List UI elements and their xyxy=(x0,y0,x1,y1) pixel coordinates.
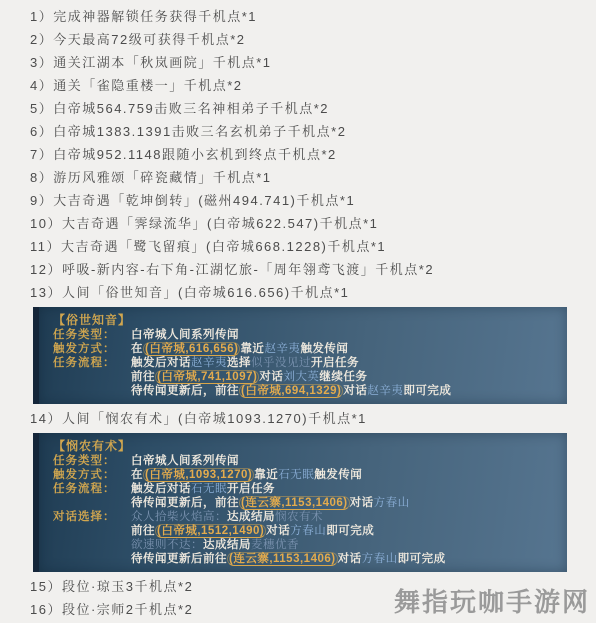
field-label-dialog: 对话选择： xyxy=(53,510,129,524)
quest-box-title: 【悯农有术】 xyxy=(53,439,557,454)
text-segment: 触发传闻 xyxy=(314,469,362,481)
coordinate-link: (连云寨,1153,1406) xyxy=(227,552,338,566)
npc-name: 石无眠 xyxy=(191,483,227,495)
list-item: 7）白帝城952.1148跟随小玄机到终点千机点*2 xyxy=(0,143,596,166)
field-label-trigger: 触发方式： xyxy=(53,468,129,482)
npc-name: 方春山 xyxy=(362,553,398,565)
npc-name: 方春山 xyxy=(290,525,326,537)
outcome-name: 悯农有术 xyxy=(275,511,323,523)
text-segment: 触发后对话 xyxy=(131,357,191,369)
list-item: 2）今天最高72级可获得千机点*2 xyxy=(0,28,596,51)
list-item: 3）通关江湖本「秋岚画院」千机点*1 xyxy=(0,51,596,74)
dialog-option-line: 欲速则不达：达成结局麦穗优香 xyxy=(131,538,557,552)
quest-box-sushi-zhiyin: 【俗世知音】 任务类型： 白帝城人间系列传闻 触发方式： 在(白帝城,616,6… xyxy=(33,307,567,404)
npc-name: 赵辛夷 xyxy=(367,385,403,397)
trigger-line: 在(白帝城,616,656)靠近赵辛夷触发传闻 xyxy=(131,342,557,356)
npc-name: 赵辛夷 xyxy=(264,343,300,355)
coordinate-link: (白帝城,1093,1270) xyxy=(143,468,254,482)
text-segment: 对话 xyxy=(350,497,374,509)
quest-box-minnong-youshu: 【悯农有术】 任务类型： 白帝城人间系列传闻 触发方式： 在(白帝城,1093,… xyxy=(33,433,567,572)
text-segment: 触发后对话 xyxy=(131,483,191,495)
text-segment: 即可完成 xyxy=(326,525,374,537)
text-segment: 开启任务 xyxy=(227,483,275,495)
list-item: 14）人间「悯农有术」(白帝城1093.1270)千机点*1 xyxy=(0,407,596,430)
list-item: 5）白帝城564.759击败三名神相弟子千机点*2 xyxy=(0,97,596,120)
coordinate-link: (白帝城,616,656) xyxy=(143,342,240,356)
text-segment: 在 xyxy=(131,469,143,481)
dialog-choice-text: 似乎没见过 xyxy=(251,357,311,369)
npc-name: 赵辛夷 xyxy=(191,357,227,369)
coordinate-link: (白帝城,694,1329) xyxy=(239,384,343,398)
dialog-option-line: 待传闻更新后前往(连云寨,1153,1406)对话方春山即可完成 xyxy=(131,552,557,566)
text-segment: 靠近 xyxy=(240,343,264,355)
flow-line: 触发后对话石无眠开启任务 xyxy=(131,482,557,496)
list-item: 8）游历风雅颂「碎瓷藏情」千机点*1 xyxy=(0,166,596,189)
list-item: 12）呼吸-新内容-右下角-江湖忆旅-「周年翎鸢飞渡」千机点*2 xyxy=(0,258,596,281)
text-segment: 对话 xyxy=(343,385,367,397)
guide-page: 1）完成神器解锁任务获得千机点*1 2）今天最高72级可获得千机点*2 3）通关… xyxy=(0,0,596,623)
text-segment: 达成结局 xyxy=(227,511,275,523)
outcome-name: 麦穗优香 xyxy=(251,539,299,551)
text-segment: 即可完成 xyxy=(398,553,446,565)
field-value-type: 白帝城人间系列传闻 xyxy=(131,329,239,341)
coordinate-link: (白帝城,741,1097) xyxy=(155,370,259,384)
flow-line: 待传闻更新后，前往(连云寨,1153,1406)对话方春山 xyxy=(131,496,557,510)
dialog-option-line: 众人拾柴火焰高：达成结局悯农有术 xyxy=(131,510,557,524)
npc-name: 方春山 xyxy=(374,497,410,509)
field-label-type: 任务类型： xyxy=(53,328,129,342)
dialog-choice-text: 众人拾柴火焰高： xyxy=(131,511,227,523)
field-label-trigger: 触发方式： xyxy=(53,342,129,356)
text-segment: 对话 xyxy=(338,553,362,565)
field-label-type: 任务类型： xyxy=(53,454,129,468)
text-segment: 待传闻更新后前往 xyxy=(131,553,227,565)
text-segment: 前往 xyxy=(131,371,155,383)
field-value-type: 白帝城人间系列传闻 xyxy=(131,455,239,467)
flow-line: 待传闻更新后，前往(白帝城,694,1329)对话赵辛夷即可完成 xyxy=(131,384,557,398)
coordinate-link: (连云寨,1153,1406) xyxy=(239,496,350,510)
text-segment: 即可完成 xyxy=(403,385,451,397)
trigger-line: 在(白帝城,1093,1270)靠近石无眠触发传闻 xyxy=(131,468,557,482)
flow-line: 前往(白帝城,741,1097)对话刘大英继续任务 xyxy=(131,370,557,384)
npc-name: 刘大英 xyxy=(283,371,319,383)
dialog-choice-text: 欲速则不达： xyxy=(131,539,203,551)
site-watermark: 舞指玩咖手游网 xyxy=(394,582,590,619)
text-segment: 选择 xyxy=(227,357,251,369)
list-item: 13）人间「俗世知音」(白帝城616.656)千机点*1 xyxy=(0,281,596,304)
list-item: 6）白帝城1383.1391击败三名玄机弟子千机点*2 xyxy=(0,120,596,143)
text-segment: 对话 xyxy=(259,371,283,383)
quest-box-title: 【俗世知音】 xyxy=(53,313,557,328)
flow-line: 触发后对话赵辛夷选择似乎没见过开启任务 xyxy=(131,356,557,370)
list-item: 11）大吉奇遇「鹭飞留痕」(白帝城668.1228)千机点*1 xyxy=(0,235,596,258)
text-segment: 开启任务 xyxy=(311,357,359,369)
text-segment: 对话 xyxy=(266,525,290,537)
text-segment: 靠近 xyxy=(254,469,278,481)
text-segment: 待传闻更新后，前往 xyxy=(131,497,239,509)
coordinate-link: (白帝城,1512,1490) xyxy=(155,524,266,538)
field-label-flow: 任务流程： xyxy=(53,356,129,370)
text-segment: 继续任务 xyxy=(319,371,367,383)
text-segment: 达成结局 xyxy=(203,539,251,551)
npc-name: 石无眠 xyxy=(278,469,314,481)
dialog-option-line: 前往(白帝城,1512,1490)对话方春山即可完成 xyxy=(131,524,557,538)
text-segment: 待传闻更新后，前往 xyxy=(131,385,239,397)
list-item: 9）大吉奇遇「乾坤倒转」(磁州494.741)千机点*1 xyxy=(0,189,596,212)
text-segment: 前往 xyxy=(131,525,155,537)
list-item: 1）完成神器解锁任务获得千机点*1 xyxy=(0,5,596,28)
text-segment: 触发传闻 xyxy=(300,343,348,355)
field-label-flow: 任务流程： xyxy=(53,482,129,496)
list-item: 10）大吉奇遇「霁绿流华」(白帝城622.547)千机点*1 xyxy=(0,212,596,235)
list-item: 4）通关「雀隐重楼一」千机点*2 xyxy=(0,74,596,97)
text-segment: 在 xyxy=(131,343,143,355)
